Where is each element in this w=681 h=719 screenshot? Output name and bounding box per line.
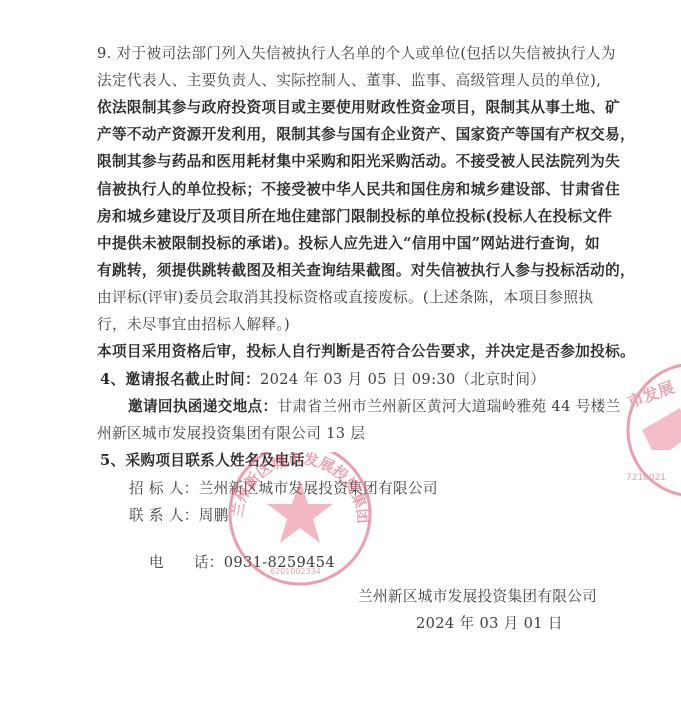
svg-text:7210021: 7210021 [626, 473, 666, 483]
section-5-heading: 5、采购项目联系人姓名及电话 [100, 451, 305, 471]
paragraph-9-line-8: 中提供未被限制投标的承诺)。投标人应先进入“信用中国”网站进行查询，如 [97, 234, 600, 254]
contact-value: 周鹏 [199, 507, 229, 524]
signature-date: 2024 年 03 月 01 日 [416, 614, 563, 634]
paragraph-9-line-11: 行，未尽事宜由招标人解释。) [97, 315, 290, 335]
address-label: 邀请回执函递交地点： [128, 398, 277, 415]
qualification-note: 本项目采用资格后审，投标人自行判断是否符合公告要求，并决定是否参加投标。 [97, 342, 635, 362]
section-4-label: 4、邀请报名截止时间： [100, 371, 260, 388]
section-4-deadline: 4、邀请报名截止时间：2024 年 03 月 05 日 09:30（北京时间） [100, 370, 545, 390]
edge-seal-stamp-icon: 市发展 7210021 [622, 358, 681, 508]
paragraph-9-line-10: 由评标(评审)委员会取消其投标资格或直接废标。(上述条陈，本项目参照执 [97, 288, 593, 308]
signature-company: 兰州新区城市发展投资集团有限公司 [358, 587, 597, 607]
section-4-value: 2024 年 03 月 05 日 09:30（北京时间） [260, 371, 545, 388]
tenderer-row: 招 标 人：兰州新区城市发展投资集团有限公司 [129, 479, 438, 499]
paragraph-9-line-5: 限制其参与药品和医用耗材集中采购和阳光采购活动。不接受被人民法院列为失 [97, 152, 620, 172]
tenderer-value: 兰州新区城市发展投资集团有限公司 [199, 480, 438, 497]
paragraph-9-line-1: 9. 对于被司法部门列入失信被执行人名单的个人或单位(包括以失信被执行人为 [97, 44, 616, 64]
document-page: 9. 对于被司法部门列入失信被执行人名单的个人或单位(包括以失信被执行人为 法定… [0, 0, 681, 719]
section-4-address: 邀请回执函递交地点：甘肃省兰州市兰州新区黄河大道瑞岭雅苑 44 号楼兰 [128, 397, 621, 417]
paragraph-9-line-4: 产等不动产资源开发利用，限制其参与国有企业资产、国家资产等国有产权交易， [97, 125, 635, 145]
address-line-1: 甘肃省兰州市兰州新区黄河大道瑞岭雅苑 44 号楼兰 [277, 398, 620, 415]
paragraph-9-line-6: 信被执行人的单位投标；不接受被中华人民共和国住房和城乡建设部、甘肃省住 [97, 180, 620, 200]
phone-value: 0931-8259454 [224, 554, 335, 571]
phone-label: 电 话： [149, 554, 224, 571]
paragraph-9-line-3: 依法限制其参与政府投资项目或主要使用财政性资金项目，限制其从事土地、矿 [97, 98, 620, 118]
address-line-2: 州新区城市发展投资集团有限公司 13 层 [97, 424, 365, 444]
phone-row: 电 话：0931-8259454 [129, 533, 335, 593]
paragraph-9-line-9: 有跳转，须提供跳转截图及相关查询结果截图。对失信被执行人参与投标活动的， [97, 261, 635, 281]
tenderer-label: 招 标 人： [129, 480, 199, 497]
svg-text:市发展: 市发展 [625, 378, 677, 412]
paragraph-9-line-7: 房和城乡建设厅及项目所在地住建部门限制投标的单位投标(投标人在投标文件 [97, 207, 612, 227]
paragraph-9-line-2: 法定代表人、主要负责人、实际控制人、董事、监事、高级管理人员的单位), [97, 71, 601, 91]
contact-row: 联 系 人：周鹏 [129, 506, 229, 526]
contact-label: 联 系 人： [129, 507, 199, 524]
